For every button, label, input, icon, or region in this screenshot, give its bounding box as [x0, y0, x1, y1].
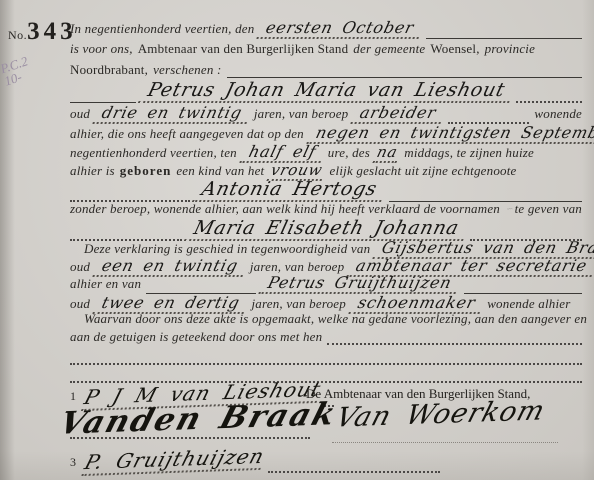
printed-text: ure, des [328, 145, 370, 161]
body-line-6: alhier, die ons heeft aangegeven dat op … [70, 123, 582, 144]
printed-text: Ambtenaar van den Burgerlijken Stand [138, 41, 349, 57]
record-number-label: No. [8, 28, 27, 42]
pencil-annotation: P.C.2 10- [0, 54, 33, 87]
printed-text: der gemeente [353, 41, 425, 57]
dotted-rule [448, 110, 529, 124]
printed-text: negentienhonderd veertien, ten [70, 145, 237, 161]
dotted-rule [70, 188, 190, 202]
handwritten-witness2-name: Petrus Gruijthuijzen [259, 273, 462, 294]
printed-text: wonende alhier [487, 296, 570, 312]
printed-text: elijk geslacht uit zijne echtgenoote [330, 163, 517, 179]
printed-text: wonende [534, 106, 582, 122]
printed-text-geboren: geboren [120, 163, 172, 179]
record-number-block: No.343 [8, 18, 77, 46]
body-line-2: is voor ons, Ambtenaar van den Burgerlij… [70, 41, 582, 57]
printed-text: verschenen : [153, 62, 221, 78]
printed-text: te geven van [515, 201, 582, 217]
printed-text: is voor ons, [70, 41, 133, 57]
dotted-rule [327, 331, 582, 345]
signature-number-3: 3 [70, 455, 76, 470]
printed-text: een kind van het [176, 163, 264, 179]
handwritten-time: half elf [239, 142, 325, 163]
signature-row-3: 3 P. Gruijthuijzen [70, 447, 440, 473]
witness2-signature: P. Gruijthuijzen [81, 444, 267, 476]
printed-text: provincie [485, 41, 535, 57]
handwritten-date: eersten October [257, 18, 424, 39]
printed-text: Deze verklaring is geschied in tegenwoor… [84, 241, 370, 257]
printed-text: alhier is [70, 163, 115, 179]
body-line-4: Petrus Johan Maria van Lieshout [70, 79, 582, 103]
printed-text: jaren, van beroep [254, 106, 349, 122]
birth-certificate-document: No.343 P.C.2 10- In negentienhonderd vee… [0, 0, 594, 480]
body-line-10: zonder beroep, wonende alhier, aan welk … [70, 201, 582, 217]
dotted-rule [268, 459, 440, 473]
printed-text: aan de getuigen is geteekend door ons me… [70, 329, 322, 345]
printed-text: middags, te zijnen huize [404, 145, 534, 161]
printed-text: alhier en van [70, 276, 141, 292]
body-line-1: In negentienhonderd veertien, den eerste… [70, 18, 582, 39]
dotted-rule [70, 437, 310, 439]
printed-text: oud [70, 296, 90, 312]
handwritten-birthdate: negen en twintigsten September [306, 123, 594, 144]
registrar-signature-wrap: Van Woerkom [338, 399, 543, 430]
body-line-9: Antonia Hertogs [70, 178, 582, 202]
printed-text: In negentienhonderd veertien, den [70, 21, 254, 37]
body-line-5: oud drie en twintig jaren, van beroep ar… [70, 103, 582, 124]
handwritten-daypart: na [373, 143, 402, 163]
rule-line [227, 65, 582, 78]
printed-text: zonder beroep, wonende alhier, aan welk … [70, 201, 500, 217]
rule-line [426, 26, 582, 39]
handwritten-mother-name: Antonia Hertogs [192, 178, 387, 202]
dotted-rule [516, 89, 582, 103]
rule-line [70, 90, 136, 103]
printed-text: Waarvan door ons deze akte is opgemaakt,… [84, 311, 587, 327]
blank-dotted-line [70, 351, 582, 365]
handwritten-age: drie en twintig [92, 103, 251, 124]
handwritten-profession: arbeider [351, 103, 446, 124]
printed-text: alhier, die ons heeft aangegeven dat op … [70, 126, 304, 142]
registrar-signature: Van Woerkom [332, 395, 549, 433]
body-line-16: Waarvan door ons deze akte is opgemaakt,… [70, 311, 594, 327]
province-name: Noordbrabant, [70, 62, 148, 78]
handwritten-declarant-name: Petrus Johan Maria van Lieshout [138, 79, 514, 103]
body-line-14: alhier en van Petrus Gruijthuijzen [70, 273, 582, 294]
body-line-17: aan de getuigen is geteekend door ons me… [70, 329, 582, 345]
printed-text: oud [70, 106, 90, 122]
faint-rule [332, 442, 558, 443]
scribble-strikeout [507, 204, 513, 214]
body-line-7: negentienhonderd veertien, ten half elf … [70, 142, 582, 163]
witness1-signature: Vanden Braak [55, 396, 341, 441]
municipality-name: Woensel, [430, 41, 479, 57]
printed-text: jaren, van beroep [251, 296, 346, 312]
body-line-3: Noordbrabant, verschenen : [70, 62, 582, 78]
dotted-rule [70, 351, 582, 365]
witness1-signature-wrap: Vanden Braak [62, 401, 335, 437]
